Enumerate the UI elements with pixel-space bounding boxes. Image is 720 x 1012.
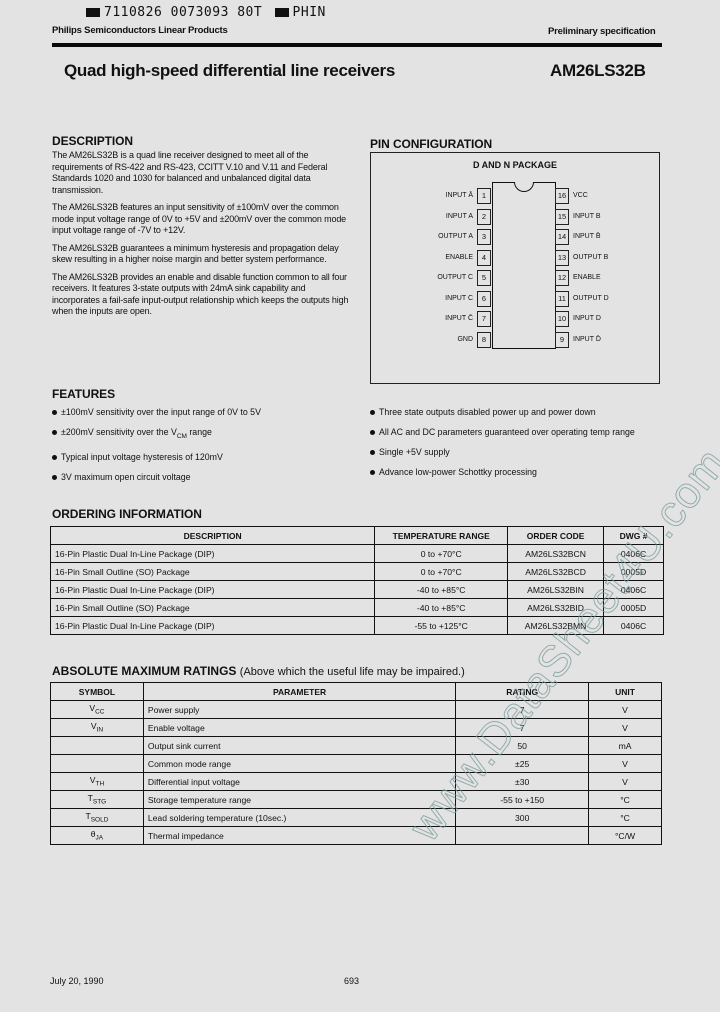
table-row: 16-Pin Plastic Dual In-Line Package (DIP… <box>51 545 664 563</box>
pin-number: 14 <box>555 229 569 245</box>
symbol-cell <box>51 737 144 755</box>
pin-label: INPUT B <box>573 213 601 220</box>
table-row: θJAThermal impedance°C/W <box>51 827 662 845</box>
pin-number: 7 <box>477 311 491 327</box>
scan-code-line: 7110826 0073093 80T PHIN <box>82 5 326 20</box>
feature-item: Single +5V supply <box>370 442 635 462</box>
ordering-heading: ORDERING INFORMATION <box>52 507 202 521</box>
table-cell: V <box>589 755 662 773</box>
symbol-cell: TSOLD <box>51 809 144 827</box>
column-header: PARAMETER <box>143 683 455 701</box>
table-row: TSTGStorage temperature range-55 to +150… <box>51 791 662 809</box>
symbol-cell <box>51 755 144 773</box>
pin-number: 10 <box>555 311 569 327</box>
table-cell: -55 to +125°C <box>375 617 508 635</box>
ic-body <box>492 182 556 349</box>
scan-suffix: PHIN <box>293 5 326 20</box>
table-row: TSOLDLead soldering temperature (10sec.)… <box>51 809 662 827</box>
table-cell: V <box>589 719 662 737</box>
pin-number: 8 <box>477 332 491 348</box>
description-heading: DESCRIPTION <box>52 134 133 148</box>
pin-number: 4 <box>477 250 491 266</box>
page-number: 693 <box>344 976 359 986</box>
table-cell: Enable voltage <box>143 719 455 737</box>
table-cell: 16-Pin Plastic Dual In-Line Package (DIP… <box>51 581 375 599</box>
pin-number: 1 <box>477 188 491 204</box>
symbol-cell: θJA <box>51 827 144 845</box>
features-right: Three state outputs disabled power up an… <box>370 402 635 482</box>
features-heading: FEATURES <box>52 387 115 401</box>
description-paragraph: The AM26LS32B is a quad line receiver de… <box>52 150 352 196</box>
bullet-icon <box>370 430 375 435</box>
pin-config-heading: PIN CONFIGURATION <box>370 137 492 151</box>
table-cell <box>456 827 589 845</box>
pin-label: ENABLE <box>573 274 601 281</box>
feature-item: Three state outputs disabled power up an… <box>370 402 635 422</box>
table-cell: 16-Pin Plastic Dual In-Line Package (DIP… <box>51 617 375 635</box>
table-cell: 16-Pin Plastic Dual In-Line Package (DIP… <box>51 545 375 563</box>
bullet-icon <box>52 430 57 435</box>
table-cell: Thermal impedance <box>143 827 455 845</box>
pin-number: 13 <box>555 250 569 266</box>
table-cell: Common mode range <box>143 755 455 773</box>
pin-number: 11 <box>555 291 569 307</box>
table-cell: Output sink current <box>143 737 455 755</box>
table-cell: V <box>589 701 662 719</box>
table-cell: Differential input voltage <box>143 773 455 791</box>
scan-block-mark <box>275 8 289 17</box>
abs-max-heading: ABSOLUTE MAXIMUM RATINGS (Above which th… <box>52 664 465 678</box>
description-body: The AM26LS32B is a quad line receiver de… <box>52 150 352 324</box>
bullet-icon <box>370 470 375 475</box>
table-cell: 0 to +70°C <box>375 563 508 581</box>
column-header: ORDER CODE <box>508 527 604 545</box>
feature-item: Typical input voltage hysteresis of 120m… <box>52 447 261 467</box>
feature-item: Advance low-power Schottky processing <box>370 462 635 482</box>
table-cell: AM26LS32BCN <box>508 545 604 563</box>
table-cell: -40 to +85°C <box>375 581 508 599</box>
bullet-icon <box>52 410 57 415</box>
pin-label: VCC <box>573 192 588 199</box>
pin-number: 6 <box>477 291 491 307</box>
bullet-icon <box>370 410 375 415</box>
table-cell: V <box>589 773 662 791</box>
table-cell: 16-Pin Small Outline (SO) Package <box>51 599 375 617</box>
bullet-icon <box>52 455 57 460</box>
symbol-cell: VTH <box>51 773 144 791</box>
pin-diagram: D AND N PACKAGE 1INPUT Ā2INPUT A3OUTPUT … <box>370 152 660 384</box>
table-cell: °C <box>589 791 662 809</box>
pin-number: 12 <box>555 270 569 286</box>
package-label: D AND N PACKAGE <box>371 160 659 170</box>
column-header: UNIT <box>589 683 662 701</box>
scan-block-mark <box>86 8 100 17</box>
footer-date: July 20, 1990 <box>50 976 104 986</box>
pin-number: 15 <box>555 209 569 225</box>
pin-label: OUTPUT D <box>573 295 609 302</box>
feature-item: 3V maximum open circuit voltage <box>52 467 261 487</box>
table-cell: °C/W <box>589 827 662 845</box>
bullet-icon <box>370 450 375 455</box>
table-row: VCCPower supply7V <box>51 701 662 719</box>
header-rule <box>52 43 662 47</box>
spec-status: Preliminary specification <box>548 26 655 37</box>
pin-label: INPUT D <box>573 315 601 322</box>
pin-label: OUTPUT B <box>573 254 608 261</box>
table-row: Output sink current50mA <box>51 737 662 755</box>
pin-label: INPUT C <box>413 295 473 302</box>
table-row: Common mode range±25V <box>51 755 662 773</box>
table-row: 16-Pin Plastic Dual In-Line Package (DIP… <box>51 581 664 599</box>
table-cell: Storage temperature range <box>143 791 455 809</box>
pin-label: INPUT C̄ <box>413 315 473 322</box>
table-row: 16-Pin Small Outline (SO) Package0 to +7… <box>51 563 664 581</box>
feature-item: All AC and DC parameters guaranteed over… <box>370 422 635 442</box>
feature-item: ±100mV sensitivity over the input range … <box>52 402 261 422</box>
description-paragraph: The AM26LS32B features an input sensitiv… <box>52 202 352 237</box>
symbol-cell: TSTG <box>51 791 144 809</box>
ic-notch <box>514 182 534 192</box>
table-cell: Power supply <box>143 701 455 719</box>
table-row: VTHDifferential input voltage±30V <box>51 773 662 791</box>
pin-number: 9 <box>555 332 569 348</box>
feature-item: ±200mV sensitivity over the VCM range <box>52 422 261 447</box>
pin-number: 16 <box>555 188 569 204</box>
table-cell: -40 to +85°C <box>375 599 508 617</box>
bullet-icon <box>52 475 57 480</box>
table-cell: 16-Pin Small Outline (SO) Package <box>51 563 375 581</box>
table-cell: °C <box>589 809 662 827</box>
column-header: SYMBOL <box>51 683 144 701</box>
features-left: ±100mV sensitivity over the input range … <box>52 402 261 487</box>
pin-label: INPUT B̄ <box>573 233 601 240</box>
pin-label: INPUT D̄ <box>573 336 601 343</box>
pin-label: GND <box>413 336 473 343</box>
abs-max-table: SYMBOLPARAMETERRATINGUNIT VCCPower suppl… <box>50 682 662 845</box>
table-row: VINEnable voltage7V <box>51 719 662 737</box>
description-paragraph: The AM26LS32B guarantees a minimum hyste… <box>52 243 352 266</box>
pin-label: ENABLE <box>413 254 473 261</box>
table-cell: 300 <box>456 809 589 827</box>
company-name: Philips Semiconductors Linear Products <box>52 25 228 36</box>
symbol-cell: VCC <box>51 701 144 719</box>
symbol-cell: VIN <box>51 719 144 737</box>
abs-max-note: (Above which the useful life may be impa… <box>240 666 465 678</box>
pin-label: OUTPUT C <box>413 274 473 281</box>
table-cell: mA <box>589 737 662 755</box>
pin-number: 2 <box>477 209 491 225</box>
pin-label: INPUT Ā <box>413 192 473 199</box>
pin-number: 5 <box>477 270 491 286</box>
pin-label: OUTPUT A <box>413 233 473 240</box>
description-paragraph: The AM26LS32B provides an enable and dis… <box>52 272 352 318</box>
pin-label: INPUT A <box>413 213 473 220</box>
part-number: AM26LS32B <box>550 61 646 81</box>
pin-number: 3 <box>477 229 491 245</box>
column-header: TEMPERATURE RANGE <box>375 527 508 545</box>
scan-code: 7110826 0073093 80T <box>104 5 262 20</box>
column-header: DESCRIPTION <box>51 527 375 545</box>
document-title: Quad high-speed differential line receiv… <box>64 61 395 81</box>
table-cell: 0 to +70°C <box>375 545 508 563</box>
